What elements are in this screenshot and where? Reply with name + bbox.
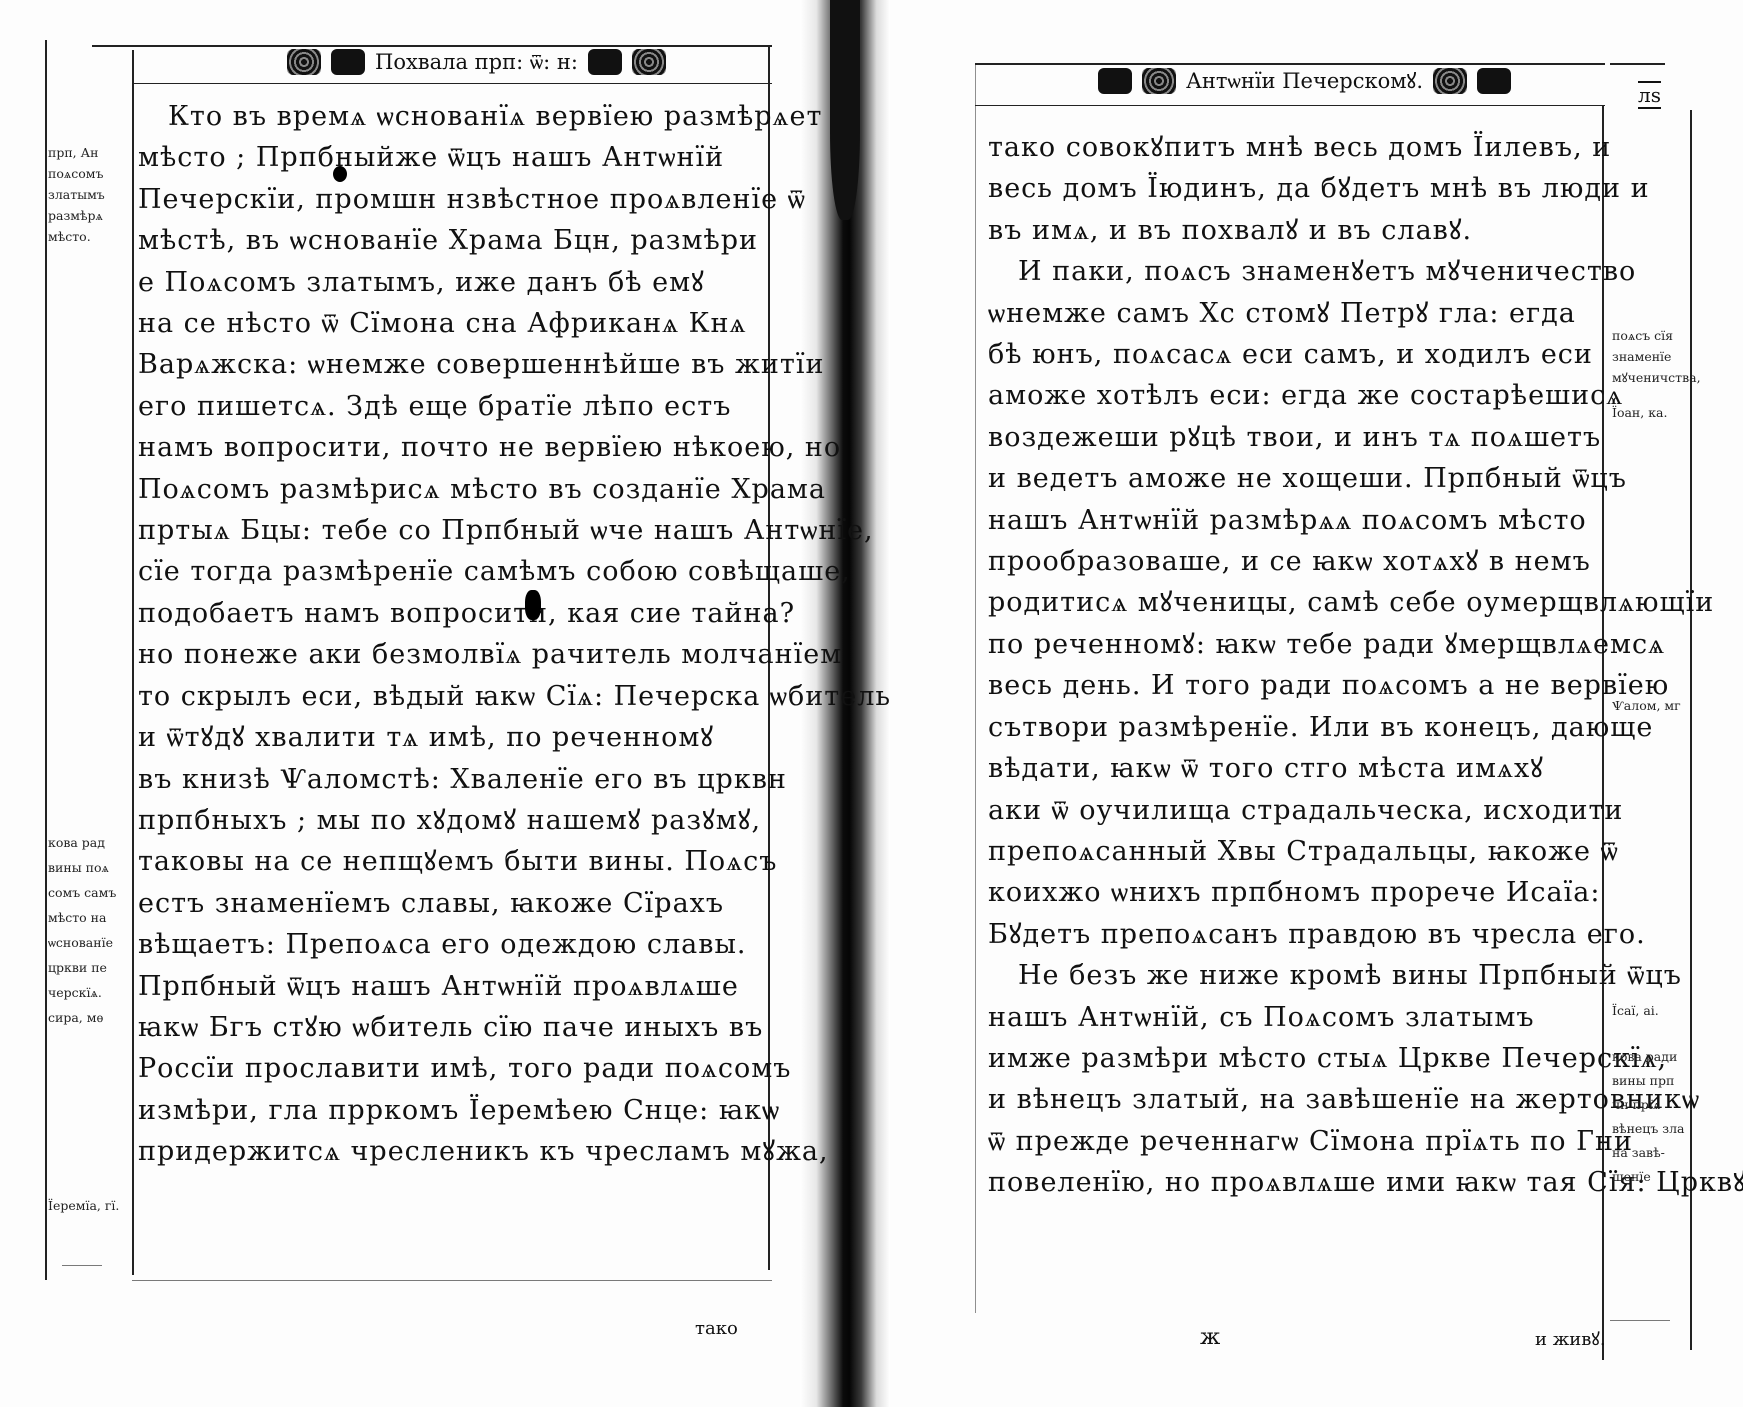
text-line: Прпбный ѿцъ нашъ Антѡнїй проѧвлѧше: [138, 966, 768, 1007]
text-line: въ книзѣ Ѱаломстѣ: Хваленїе его въ црквн: [138, 759, 768, 800]
catchword: и живꙋ.: [1535, 1327, 1606, 1351]
margin-line: черскїѧ.: [48, 980, 132, 1005]
text-line: ѡнемже самъ Хс стомꙋ Петрꙋ гла: егда: [988, 293, 1603, 334]
text-line: весь домъ Їюдинъ, да бꙋдетъ мнѣ въ люди …: [988, 168, 1603, 209]
page-header-title: Похвала прп: ѿ: н:: [375, 50, 578, 75]
text-line: и ѿтꙋдꙋ хвалити тѧ имѣ, по реченномꙋ: [138, 717, 768, 758]
margin-note-bottom: Їеремїа, гї.: [48, 1195, 132, 1216]
right-bottom-rule: [1610, 1320, 1670, 1321]
headpiece-ornament-icon: [1098, 68, 1132, 94]
margin-line: чн прїѧ: [1612, 1093, 1690, 1117]
left-margin-end-rule: [62, 1265, 102, 1266]
text-line: нашъ Антѡнїй размѣрѧѧ поѧсомъ мѣсто: [988, 500, 1603, 541]
text-line: е Поѧсомъ златымъ, иже данъ бѣ емꙋ: [138, 262, 768, 303]
headpiece-ornament-icon: [1142, 68, 1176, 94]
right-top-rule-ext: [1610, 63, 1665, 65]
margin-line: вины прп: [1612, 1069, 1690, 1093]
text-line: намъ вопросити, почто не вервїею нѣкоею,…: [138, 427, 768, 468]
text-line: бѣ юнъ, поѧсасѧ еси самъ, и ходилъ еси: [988, 334, 1603, 375]
headpiece-ornament-icon: [331, 49, 365, 75]
ink-blot: [525, 590, 541, 620]
margin-line: сира, мѳ: [48, 1005, 132, 1030]
left-margin-rule: [132, 50, 134, 1275]
catchword: тако: [695, 1318, 738, 1339]
left-page: Похвала прп: ѿ: н: Кто въ времѧ ѡснованї…: [40, 40, 780, 1300]
text-line: то скрылъ еси, вѣдый ꙗкѡ Сїѧ: Печерска ѡ…: [138, 676, 768, 717]
margin-note-middle: Ѱалом, мг: [1612, 695, 1690, 716]
text-line: подобаетъ намъ вопросити, кая сие тайна?: [138, 593, 768, 634]
text-line: но понеже аки безмолвїѧ рачитель молчанї…: [138, 634, 768, 675]
left-bottom-rule: [132, 1280, 772, 1281]
text-line: по реченномꙋ: ꙗкѡ тебе ради ꙋмерщвлѧемсѧ: [988, 624, 1603, 665]
margin-note-lower: Їсаї, аі.: [1612, 1000, 1690, 1021]
folio-number: лѕ: [1638, 83, 1661, 109]
text-line: естъ знаменїемъ славы, ꙗкоже Сїрахъ: [138, 883, 768, 924]
text-line: мѣсто ; Прпбныйже ѿцъ нашъ Антѡнїй: [138, 137, 768, 178]
margin-line: Їоан, ка.: [1612, 402, 1690, 423]
text-line: придержитсѧ чресленикъ къ чресламъ мꙋжа,: [138, 1131, 768, 1172]
text-line: повеленїю, но проѧвлѧше ими ꙗкѡ тая Сїя:…: [988, 1162, 1603, 1203]
text-line: Кто въ времѧ ѡснованїѧ вервїею размѣрѧет: [138, 96, 768, 137]
text-line: на се нѣсто ѿ Сїмона сна Африканѧ Кнѧ: [138, 303, 768, 344]
text-line: Не безъ же ниже кромѣ вины Прпбный ѿцъ: [988, 955, 1603, 996]
margin-line: Ѱалом, мг: [1612, 695, 1690, 716]
margin-line: сомъ самъ: [48, 880, 132, 905]
text-line: родитисѧ мꙋченицы, самѣ себе оумерщвлѧющ…: [988, 582, 1603, 623]
text-line: пртыѧ Бцы: тебе со Прпбный ѡче нашъ Антѡ…: [138, 510, 768, 551]
text-line: измѣри, гла прркомъ Їеремѣею Снце: ꙗкѡ: [138, 1090, 768, 1131]
margin-line: ѡснованїе: [48, 930, 132, 955]
margin-line: прп, Ан: [48, 142, 132, 163]
text-line: Россїи прославити имѣ, того ради поѧсомъ: [138, 1048, 768, 1089]
headpiece-ornament-icon: [632, 49, 666, 75]
text-line: И паки, поѧсъ знаменꙋетъ мꙋченичество: [988, 251, 1603, 292]
margin-line: на завѣ-: [1612, 1141, 1690, 1165]
text-line: Печерскїи, промшн нзвѣстное проѧвленїе ѿ: [138, 179, 768, 220]
right-page: Антѡнїи Печерскомꙋ. лѕ тако совокꙋпитъ м…: [970, 55, 1700, 1355]
text-line: аможе хотѣлъ еси: егда же состарѣешисѧ: [988, 375, 1603, 416]
right-main-text: тако совокꙋпитъ мнѣ весь домъ Їилевъ, и …: [988, 127, 1603, 1204]
right-top-rule: [975, 63, 1605, 65]
text-line: ѿ прежде реченнагѡ Сїмона прїѧть по Гни: [988, 1121, 1603, 1162]
text-line: и вѣнецъ златый, на завѣшенїе на жертовн…: [988, 1079, 1603, 1120]
text-line: препоѧсанный Хвы Страдальцы, ꙗкоже ѿ: [988, 831, 1603, 872]
margin-line: Їсаї, аі.: [1612, 1000, 1690, 1021]
margin-line: размѣрѧ: [48, 205, 132, 226]
signature-mark: ж: [1200, 1325, 1220, 1350]
text-line: Поѧсомъ размѣрисѧ мѣсто въ созданїе Храм…: [138, 469, 768, 510]
text-line: воздежеши рꙋцѣ твои, и инъ тѧ поѧшетъ: [988, 417, 1603, 458]
headpiece-ornament-icon: [588, 49, 622, 75]
running-header-right: Антѡнїи Печерскомꙋ.: [1098, 67, 1511, 95]
text-line: его пишетсѧ. Здѣ еще братїе лѣпо естъ: [138, 386, 768, 427]
text-line: въ имѧ, и въ похвалꙋ и въ славꙋ.: [988, 210, 1603, 251]
left-top-rule: [92, 45, 772, 47]
margin-line: кова ради: [1612, 1045, 1690, 1069]
text-line: прообразоваше, и се ꙗкѡ хотѧхꙋ в немъ: [988, 541, 1603, 582]
gutter-shadow: [830, 0, 860, 220]
headpiece-ornament-icon: [1433, 68, 1467, 94]
right-outer-rule: [1690, 110, 1692, 1350]
running-header-left: Похвала прп: ѿ: н:: [287, 49, 666, 75]
page-header-title: Антѡнїи Печерскомꙋ.: [1186, 67, 1423, 95]
margin-note-top: поѧсъ сїя знаменїе мꙋченичства, Їоан, ка…: [1612, 325, 1690, 423]
text-line: имже размѣри мѣсто стыѧ Црквe Печерскїѧ,: [988, 1038, 1603, 1079]
margin-line: вины поѧ: [48, 855, 132, 880]
left-main-text: Кто въ времѧ ѡснованїѧ вервїею размѣрѧет…: [138, 96, 768, 1173]
text-line: аки ѿ оучилища страдальческа, исходити: [988, 790, 1603, 831]
text-line: сътвори размѣренїе. Или въ конецъ, дающе: [988, 707, 1603, 748]
text-line: коихжо ѡнихъ прпбномъ прорече Исаїа:: [988, 872, 1603, 913]
text-line: вѣдати, ꙗкѡ ѿ того стго мѣста имѧхꙋ: [988, 748, 1603, 789]
text-line: таковы на се непщꙋемъ быти вины. Поѧсъ: [138, 841, 768, 882]
margin-line: шенїе: [1612, 1165, 1690, 1189]
margin-note-middle: кова рад вины поѧ сомъ самъ мѣсто на ѡсн…: [48, 830, 132, 1030]
right-header-rule: [975, 105, 1605, 106]
margin-line: златымъ: [48, 184, 132, 205]
margin-note-top: прп, Ан поѧсомъ златымъ размѣрѧ мѣсто.: [48, 142, 132, 247]
margin-line: поѧсъ сїя: [1612, 325, 1690, 346]
text-line: вѣщаетъ: Препоѧса его одеждою славы.: [138, 924, 768, 965]
headpiece-ornament-icon: [1477, 68, 1511, 94]
text-line: нашъ Антѡнїй, съ Поѧсомъ златымъ: [988, 997, 1603, 1038]
margin-line: мꙋченичства,: [1612, 367, 1690, 388]
margin-line: вѣнецъ зла: [1612, 1117, 1690, 1141]
margin-line: мѣсто на: [48, 905, 132, 930]
left-outer-rule: [45, 40, 47, 1280]
margin-line: кова рад: [48, 830, 132, 855]
headpiece-ornament-icon: [287, 49, 321, 75]
text-line: весь день. И того ради поѧсомъ а не верв…: [988, 665, 1603, 706]
margin-line: поѧсомъ: [48, 163, 132, 184]
margin-line: мѣсто.: [48, 226, 132, 247]
text-line: сїе тогда размѣренїе самѣмъ собою совѣща…: [138, 551, 768, 592]
left-header-rule: [132, 83, 772, 84]
text-line: прпбныхъ ; мы по хꙋдомꙋ нашемꙋ разꙋмꙋ,: [138, 800, 768, 841]
margin-line: Їеремїа, гї.: [48, 1195, 132, 1216]
margin-note-bottom: кова ради вины прп чн прїѧ вѣнецъ зла на…: [1612, 1045, 1690, 1189]
margin-line: цркви пе: [48, 955, 132, 980]
right-inner-rule: [975, 63, 976, 1313]
margin-line: знаменїе: [1612, 346, 1690, 367]
text-line: тако совокꙋпитъ мнѣ весь домъ Їилевъ, и: [988, 127, 1603, 168]
text-line: ꙗкѡ Бгъ стꙋю ѡбитель сїю паче иныхъ въ: [138, 1007, 768, 1048]
text-line: Бꙋдетъ препоѧсанъ правдою въ чресла его.: [988, 914, 1603, 955]
text-line: и ведетъ аможе не хощеши. Прпбный ѿцъ: [988, 458, 1603, 499]
text-line: мѣстѣ, въ ѡснованїе Храма Бцн, размѣри: [138, 220, 768, 261]
ink-blot: [333, 166, 347, 182]
manuscript-scan: Похвала прп: ѿ: н: Кто въ времѧ ѡснованї…: [0, 0, 1743, 1407]
text-line: Варѧжска: ѡнемже совершеннѣйше въ житїи: [138, 344, 768, 385]
